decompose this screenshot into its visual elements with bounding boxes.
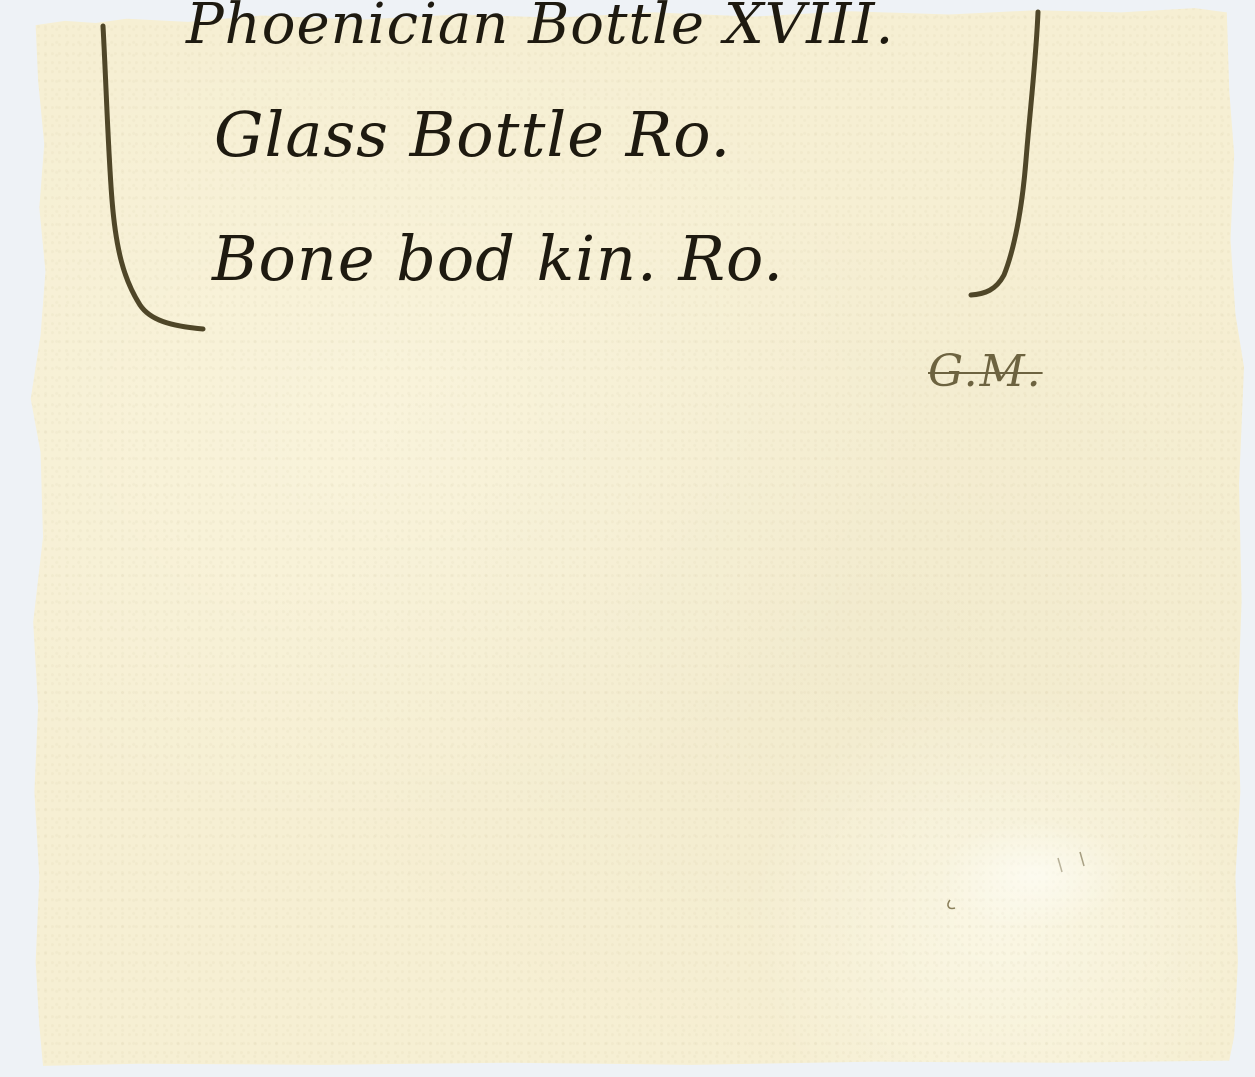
initials-monogram: G.M.: [928, 346, 1043, 397]
label-line-2: Glass Bottle Ro.: [214, 98, 731, 171]
label-line-3: Bone bod kin. Ro.: [212, 222, 784, 295]
label-line-1: Phoenician Bottle XVIII.: [186, 0, 894, 57]
scanned-document: Phoenician Bottle XVIII. Glass Bottle Ro…: [0, 0, 1255, 1077]
